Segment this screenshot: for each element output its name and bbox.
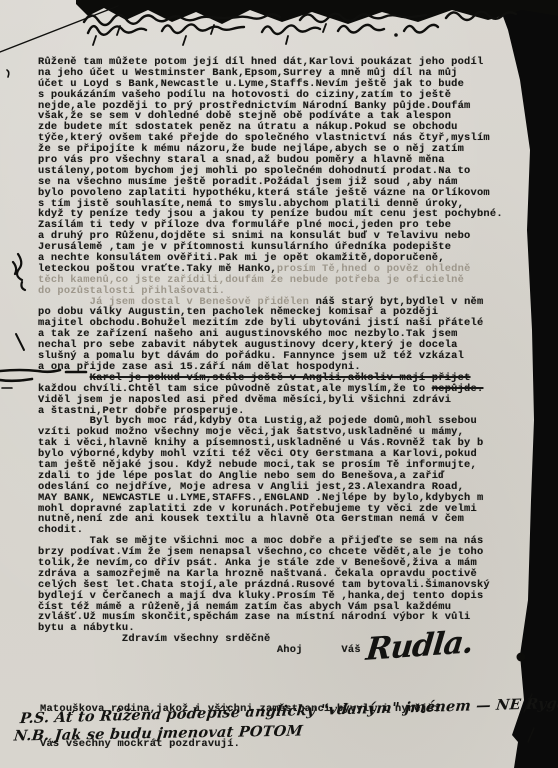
torn-paper-strip (76, 0, 558, 24)
letter-line: nutně,není zde ani kousek textilu a hlav… (38, 514, 540, 525)
handwritten-scribble-top-2 (88, 24, 438, 45)
scanned-letter-page: Růženě tam můžete potom její díl hned dá… (0, 0, 558, 768)
letter-text-segment: nutně,není zde ani kousek textilu a hlav… (38, 513, 464, 525)
corner-pen-line (0, 6, 118, 52)
letter-text-segment: Ahoj Váš (38, 644, 361, 656)
handwritten-signature: Rudla. (364, 624, 474, 668)
handwritten-scribble-top (84, 12, 516, 35)
letter-body: Růženě tam můžete potom její díl hned dá… (38, 57, 540, 656)
